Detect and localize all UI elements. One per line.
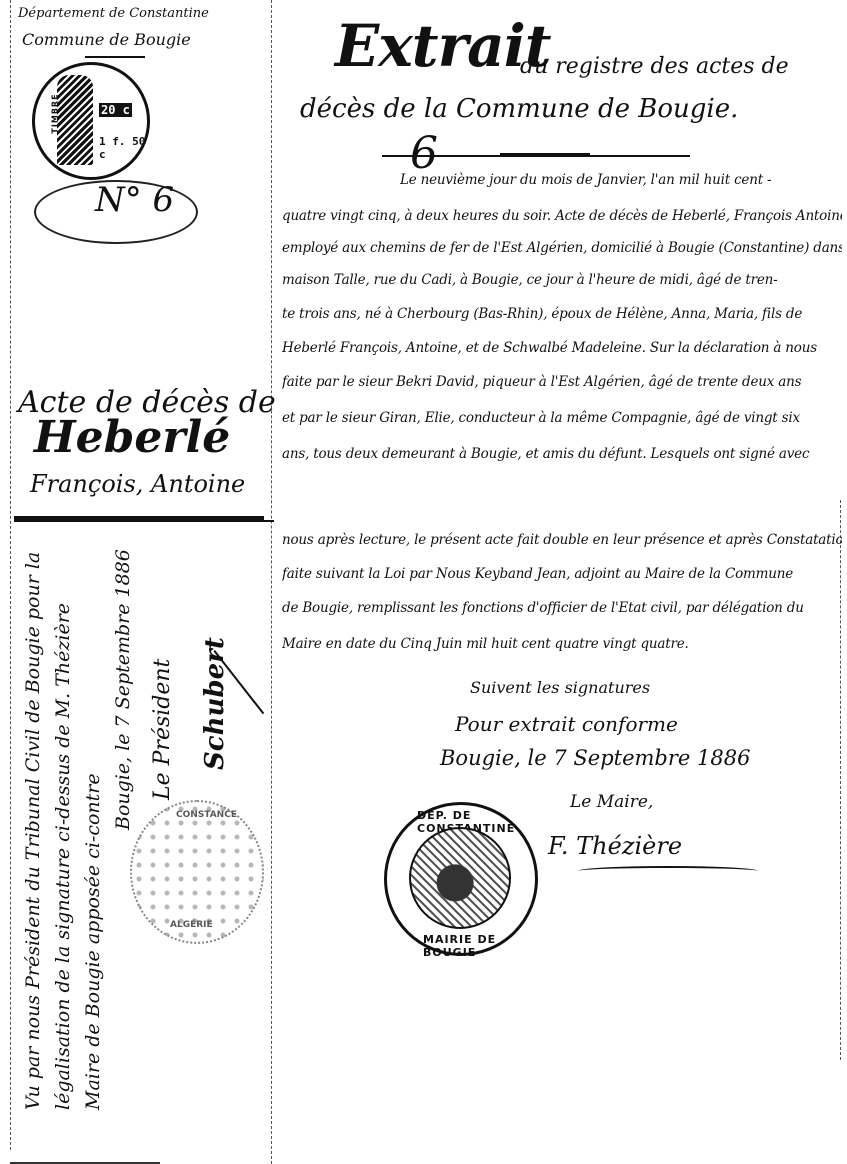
body-line: ans, tous deux demeurant à Bougie, et am… <box>282 446 842 462</box>
body-line: et par le sieur Giran, Elie, conducteur … <box>282 410 842 426</box>
body-line: faite suivant la Loi par Nous Keyband Je… <box>282 566 842 582</box>
timbre-stamp: TIMBRE 20 c 1 f. 50 c <box>32 62 150 180</box>
title-separator-right <box>590 155 690 157</box>
body-line: quatre vingt cinq, à deux heures du soir… <box>282 208 842 224</box>
margin-divider-line <box>271 0 272 1164</box>
margin-surname: Heberlé <box>34 412 230 463</box>
timbre-label: TIMBRE <box>51 93 60 133</box>
signatures-follow: Suivent les signatures <box>470 678 650 697</box>
title-line1-rest: du registre des actes de <box>520 54 789 79</box>
body-line: Maire en date du Cinq Juin mil huit cent… <box>282 636 842 652</box>
seal-emblem-icon <box>409 827 511 929</box>
mairie-bougie-seal: DEP. DE CONSTANTINE MAIRIE DE BOUGIE <box>384 802 538 956</box>
president-signature: Schubert <box>200 637 230 770</box>
pour-extrait-conforme: Pour extrait conforme <box>455 712 678 736</box>
body-line: Heberlé François, Antoine, et de Schwalb… <box>282 340 842 356</box>
right-edge-line <box>840 500 841 1060</box>
margin-given-names: François, Antoine <box>30 470 245 498</box>
le-maire-label: Le Maire, <box>570 792 653 812</box>
margin-thick-rule-extension <box>14 520 274 522</box>
maire-signature-flourish <box>578 866 758 876</box>
president-label: Le Président <box>150 659 175 800</box>
legalisation-date: Bougie, le 7 Septembre 1886 <box>112 549 134 830</box>
title-extrait: Extrait <box>335 12 551 80</box>
seal-bottom-text: MAIRIE DE BOUGIE <box>423 933 535 959</box>
place-and-date: Bougie, le 7 Septembre 1886 <box>440 746 750 770</box>
legalisation-line: légalisation de la signature ci-dessus d… <box>52 603 74 1110</box>
body-line: employé aux chemins de fer de l'Est Algé… <box>282 240 842 256</box>
left-edge-line <box>10 0 11 1150</box>
justice-figure-icon <box>57 75 93 165</box>
body-line: nous après lecture, le présent acte fait… <box>282 532 842 548</box>
faded-seal-top-text: CONSTANCE <box>176 810 237 820</box>
faded-seal-bottom-text: ALGÉRIE <box>170 920 213 930</box>
commune-header: Commune de Bougie <box>22 30 191 49</box>
legalisation-line: Maire de Bougie apposée ci-contre <box>82 773 104 1110</box>
body-line: te trois ans, né à Cherbourg (Bas-Rhin),… <box>282 306 842 322</box>
act-number: N° 6 <box>95 180 174 220</box>
title-line2: décès de la Commune de Bougie. <box>300 94 738 124</box>
timbre-value-bottom: 1 f. 50 c <box>99 135 147 161</box>
timbre-value-top: 20 c <box>99 103 132 117</box>
maire-signature: F. Thézière <box>548 832 682 860</box>
body-line: faite par le sieur Bekri David, piqueur … <box>282 374 842 390</box>
body-line: de Bougie, remplissant les fonctions d'o… <box>282 600 842 616</box>
title-separator-left <box>382 155 502 157</box>
legalisation-line: Vu par nous Président du Tribunal Civil … <box>22 552 44 1110</box>
death-certificate-page: Département de Constantine Commune de Bo… <box>0 0 847 1164</box>
body-line: maison Talle, rue du Cadi, à Bougie, ce … <box>282 272 842 288</box>
commune-underline <box>85 56 145 58</box>
body-line: Le neuvième jour du mois de Janvier, l'a… <box>400 172 840 188</box>
tribunal-faded-seal: CONSTANCE ALGÉRIE <box>130 800 264 944</box>
title-separator-mid <box>500 153 590 157</box>
department-header: Département de Constantine <box>18 6 209 21</box>
